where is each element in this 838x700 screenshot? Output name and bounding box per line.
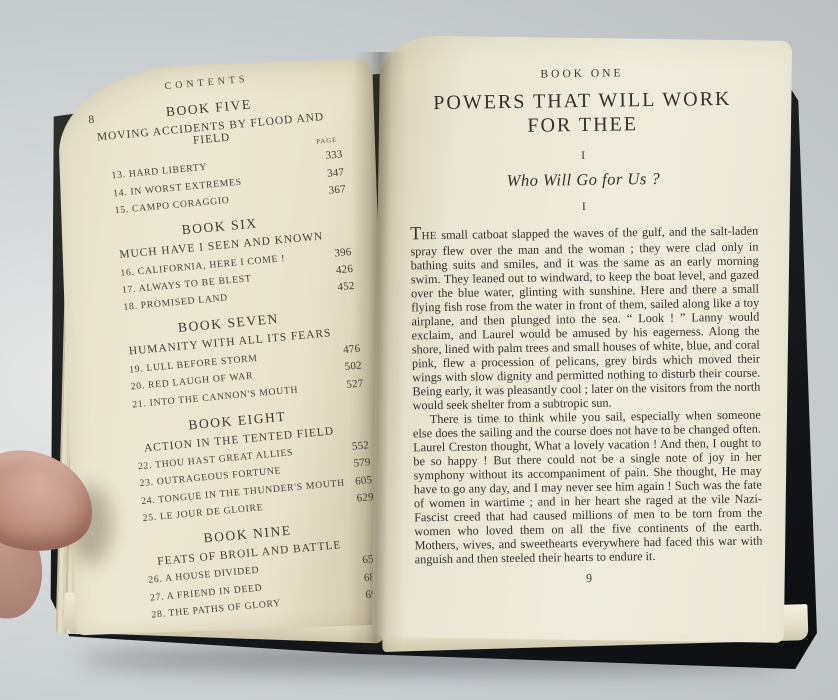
lead-small-caps: HE <box>421 230 437 242</box>
chapter-book-title-line2: FOR THEE <box>409 111 757 140</box>
chapter-title: Who Will Go for Us ? <box>409 168 757 193</box>
body-paragraph: THE small catboat slapped the waves of t… <box>410 221 761 412</box>
toc-entry-page: 452 <box>337 280 355 294</box>
toc-entry-page: 476 <box>343 342 361 356</box>
toc-entry-page: 502 <box>344 360 362 374</box>
toc-entry-page: 629 <box>356 491 374 505</box>
right-page: BOOK ONE POWERS THAT WILL WORK FOR THEE … <box>372 35 792 643</box>
toc-entry-page: 396 <box>334 246 352 260</box>
toc-entry-page: 579 <box>353 456 371 470</box>
body-paragraph: There is time to think while you sail, e… <box>413 407 763 566</box>
toc-entry-page: 552 <box>351 439 369 453</box>
toc-section: BOOK FIVE MOVING ACCIDENTS BY FLOOD AND … <box>80 89 347 219</box>
toc-section: BOOK EIGHT ACTION IN THE TENTED FIELD 22… <box>108 401 374 527</box>
toc-entry-label: 15. CAMPO CORAGGIO <box>114 195 230 216</box>
toc-section: BOOK SEVEN HUMANITY WITH ALL ITS FEARS 1… <box>99 304 364 412</box>
left-page-number: 8 <box>88 114 95 126</box>
toc-entry-page: 367 <box>328 183 346 197</box>
toc-entry-page: 333 <box>325 149 343 163</box>
section-numeral: I <box>410 199 758 216</box>
chapter-book-title-line1: POWERS THAT WILL WORK <box>408 87 756 116</box>
toc-entry-page: 527 <box>346 377 364 391</box>
toc-entry-page: 347 <box>327 166 345 180</box>
lead-capital: T <box>410 224 422 244</box>
chapter-page: BOOK ONE POWERS THAT WILL WORK FOR THEE … <box>373 35 793 643</box>
toc-entry-label: 18. PROMISED LAND <box>123 293 228 313</box>
toc-entry-page: 426 <box>335 263 353 277</box>
right-page-number: 9 <box>415 568 763 588</box>
toc-section: BOOK SIX MUCH HAVE I SEEN AND KNOWN 16. … <box>90 207 355 315</box>
chapter-numeral: I <box>409 148 757 165</box>
paragraph-text: small catboat slapped the waves of the g… <box>410 224 760 412</box>
book-photo: 8 CONTENTS BOOK FIVE MOVING ACCIDENTS BY… <box>0 0 838 700</box>
chapter-book-title: POWERS THAT WILL WORK FOR THEE <box>408 87 757 140</box>
body-text: THE small catboat slapped the waves of t… <box>410 221 763 566</box>
toc-section: BOOK NINE FEATS OF BROIL AND BATTLE 26. … <box>118 515 383 623</box>
toc-entry-label: 25. LE JOUR DE GLOIRE <box>142 502 263 524</box>
book-one-heading: BOOK ONE <box>408 66 756 83</box>
toc-entry-page: 605 <box>355 474 373 488</box>
